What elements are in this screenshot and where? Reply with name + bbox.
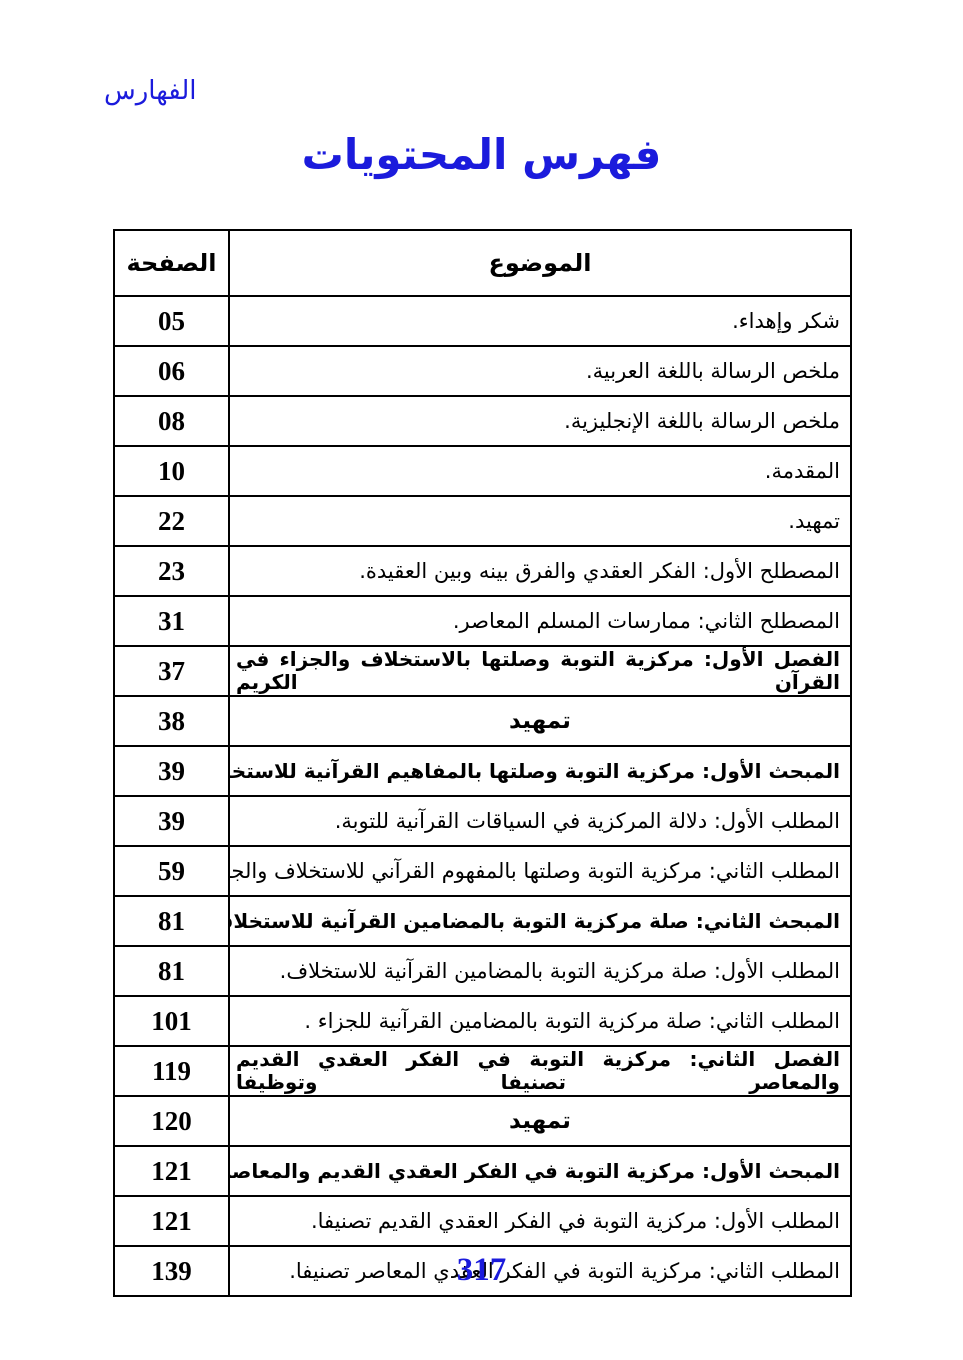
page-number-cell: 06 xyxy=(114,346,229,396)
table-header-row: الصفحة الموضوع xyxy=(114,230,851,296)
page-number-cell: 120 xyxy=(114,1096,229,1146)
topic-cell: تمهيد xyxy=(229,1096,851,1146)
table-row: 31المصطلح الثاني: ممارسات المسلم المعاصر… xyxy=(114,596,851,646)
topic-cell: المقدمة. xyxy=(229,446,851,496)
page-number-cell: 39 xyxy=(114,796,229,846)
table-row: 39المبحث الأول: مركزية التوبة وصلتها بال… xyxy=(114,746,851,796)
table-row: 119الفصل الثاني: مركزية التوبة في الفكر … xyxy=(114,1046,851,1096)
topic-cell: المطلب الثاني: صلة مركزية التوبة بالمضام… xyxy=(229,996,851,1046)
table-row: 81المطلب الأول: صلة مركزية التوبة بالمضا… xyxy=(114,946,851,996)
table-row: 38تمهيد xyxy=(114,696,851,746)
topic-cell: شكر وإهداء. xyxy=(229,296,851,346)
page-number-cell: 37 xyxy=(114,646,229,696)
corner-label: الفهارس xyxy=(104,76,197,106)
page-number-cell: 39 xyxy=(114,746,229,796)
page-number-cell: 119 xyxy=(114,1046,229,1096)
table-row: 59المطلب الثاني: مركزية التوبة وصلتها با… xyxy=(114,846,851,896)
page-number-cell: 101 xyxy=(114,996,229,1046)
topic-cell: الفصل الأول: مركزية التوبة وصلتها بالاست… xyxy=(229,646,851,696)
page-number-cell: 81 xyxy=(114,946,229,996)
table-row: 121المطلب الأول: مركزية التوبة في الفكر … xyxy=(114,1196,851,1246)
table-row: 37الفصل الأول: مركزية التوبة وصلتها بالا… xyxy=(114,646,851,696)
table-row: 39المطلب الأول: دلالة المركزية في السياق… xyxy=(114,796,851,846)
page-number-cell: 59 xyxy=(114,846,229,896)
table-row: 10المقدمة. xyxy=(114,446,851,496)
topic-cell: تمهيد xyxy=(229,696,851,746)
table-row: 121المبحث الأول: مركزية التوبة في الفكر … xyxy=(114,1146,851,1196)
page-number-cell: 23 xyxy=(114,546,229,596)
topic-cell: تمهيد. xyxy=(229,496,851,546)
topic-cell: المصطلح الثاني: ممارسات المسلم المعاصر. xyxy=(229,596,851,646)
page-column-header: الصفحة xyxy=(114,230,229,296)
page-number-cell: 05 xyxy=(114,296,229,346)
table-row: 06ملخص الرسالة باللغة العربية. xyxy=(114,346,851,396)
topic-cell: ملخص الرسالة باللغة الإنجليزية. xyxy=(229,396,851,446)
page-number-cell: 38 xyxy=(114,696,229,746)
table-row: 120تمهيد xyxy=(114,1096,851,1146)
topic-cell: الفصل الثاني: مركزية التوبة في الفكر الع… xyxy=(229,1046,851,1096)
page-number-cell: 121 xyxy=(114,1146,229,1196)
page-number-cell: 31 xyxy=(114,596,229,646)
contents-table: الصفحة الموضوع 05شكر وإهداء.06ملخص الرسا… xyxy=(113,229,852,1297)
topic-cell: ملخص الرسالة باللغة العربية. xyxy=(229,346,851,396)
topic-column-header: الموضوع xyxy=(229,230,851,296)
topic-cell: المطلب الأول: دلالة المركزية في السياقات… xyxy=(229,796,851,846)
topic-cell: المطلب الأول: صلة مركزية التوبة بالمضامي… xyxy=(229,946,851,996)
topic-cell: المبحث الثاني: صلة مركزية التوبة بالمضام… xyxy=(229,896,851,946)
page-number-cell: 121 xyxy=(114,1196,229,1246)
footer-page-number: 317 xyxy=(0,1252,963,1289)
table-row: 22تمهيد. xyxy=(114,496,851,546)
page-number-cell: 81 xyxy=(114,896,229,946)
page-number-cell: 10 xyxy=(114,446,229,496)
document-page: الفهارس فهرس المحتويات الصفحة الموضوع 05… xyxy=(0,0,963,1360)
topic-cell: المبحث الأول: مركزية التوبة في الفكر الع… xyxy=(229,1146,851,1196)
table-row: 101المطلب الثاني: صلة مركزية التوبة بالم… xyxy=(114,996,851,1046)
table-row: 08ملخص الرسالة باللغة الإنجليزية. xyxy=(114,396,851,446)
page-title: فهرس المحتويات xyxy=(0,130,963,179)
table-row: 05شكر وإهداء. xyxy=(114,296,851,346)
table-row: 23المصطلح الأول: الفكر العقدي والفرق بين… xyxy=(114,546,851,596)
page-number-cell: 08 xyxy=(114,396,229,446)
topic-cell: المطلب الثاني: مركزية التوبة وصلتها بالم… xyxy=(229,846,851,896)
topic-cell: المطلب الأول: مركزية التوبة في الفكر الع… xyxy=(229,1196,851,1246)
table-body: 05شكر وإهداء.06ملخص الرسالة باللغة العرب… xyxy=(114,296,851,1296)
page-number-cell: 22 xyxy=(114,496,229,546)
topic-cell: المبحث الأول: مركزية التوبة وصلتها بالمف… xyxy=(229,746,851,796)
topic-cell: المصطلح الأول: الفكر العقدي والفرق بينه … xyxy=(229,546,851,596)
table-row: 81المبحث الثاني: صلة مركزية التوبة بالمض… xyxy=(114,896,851,946)
